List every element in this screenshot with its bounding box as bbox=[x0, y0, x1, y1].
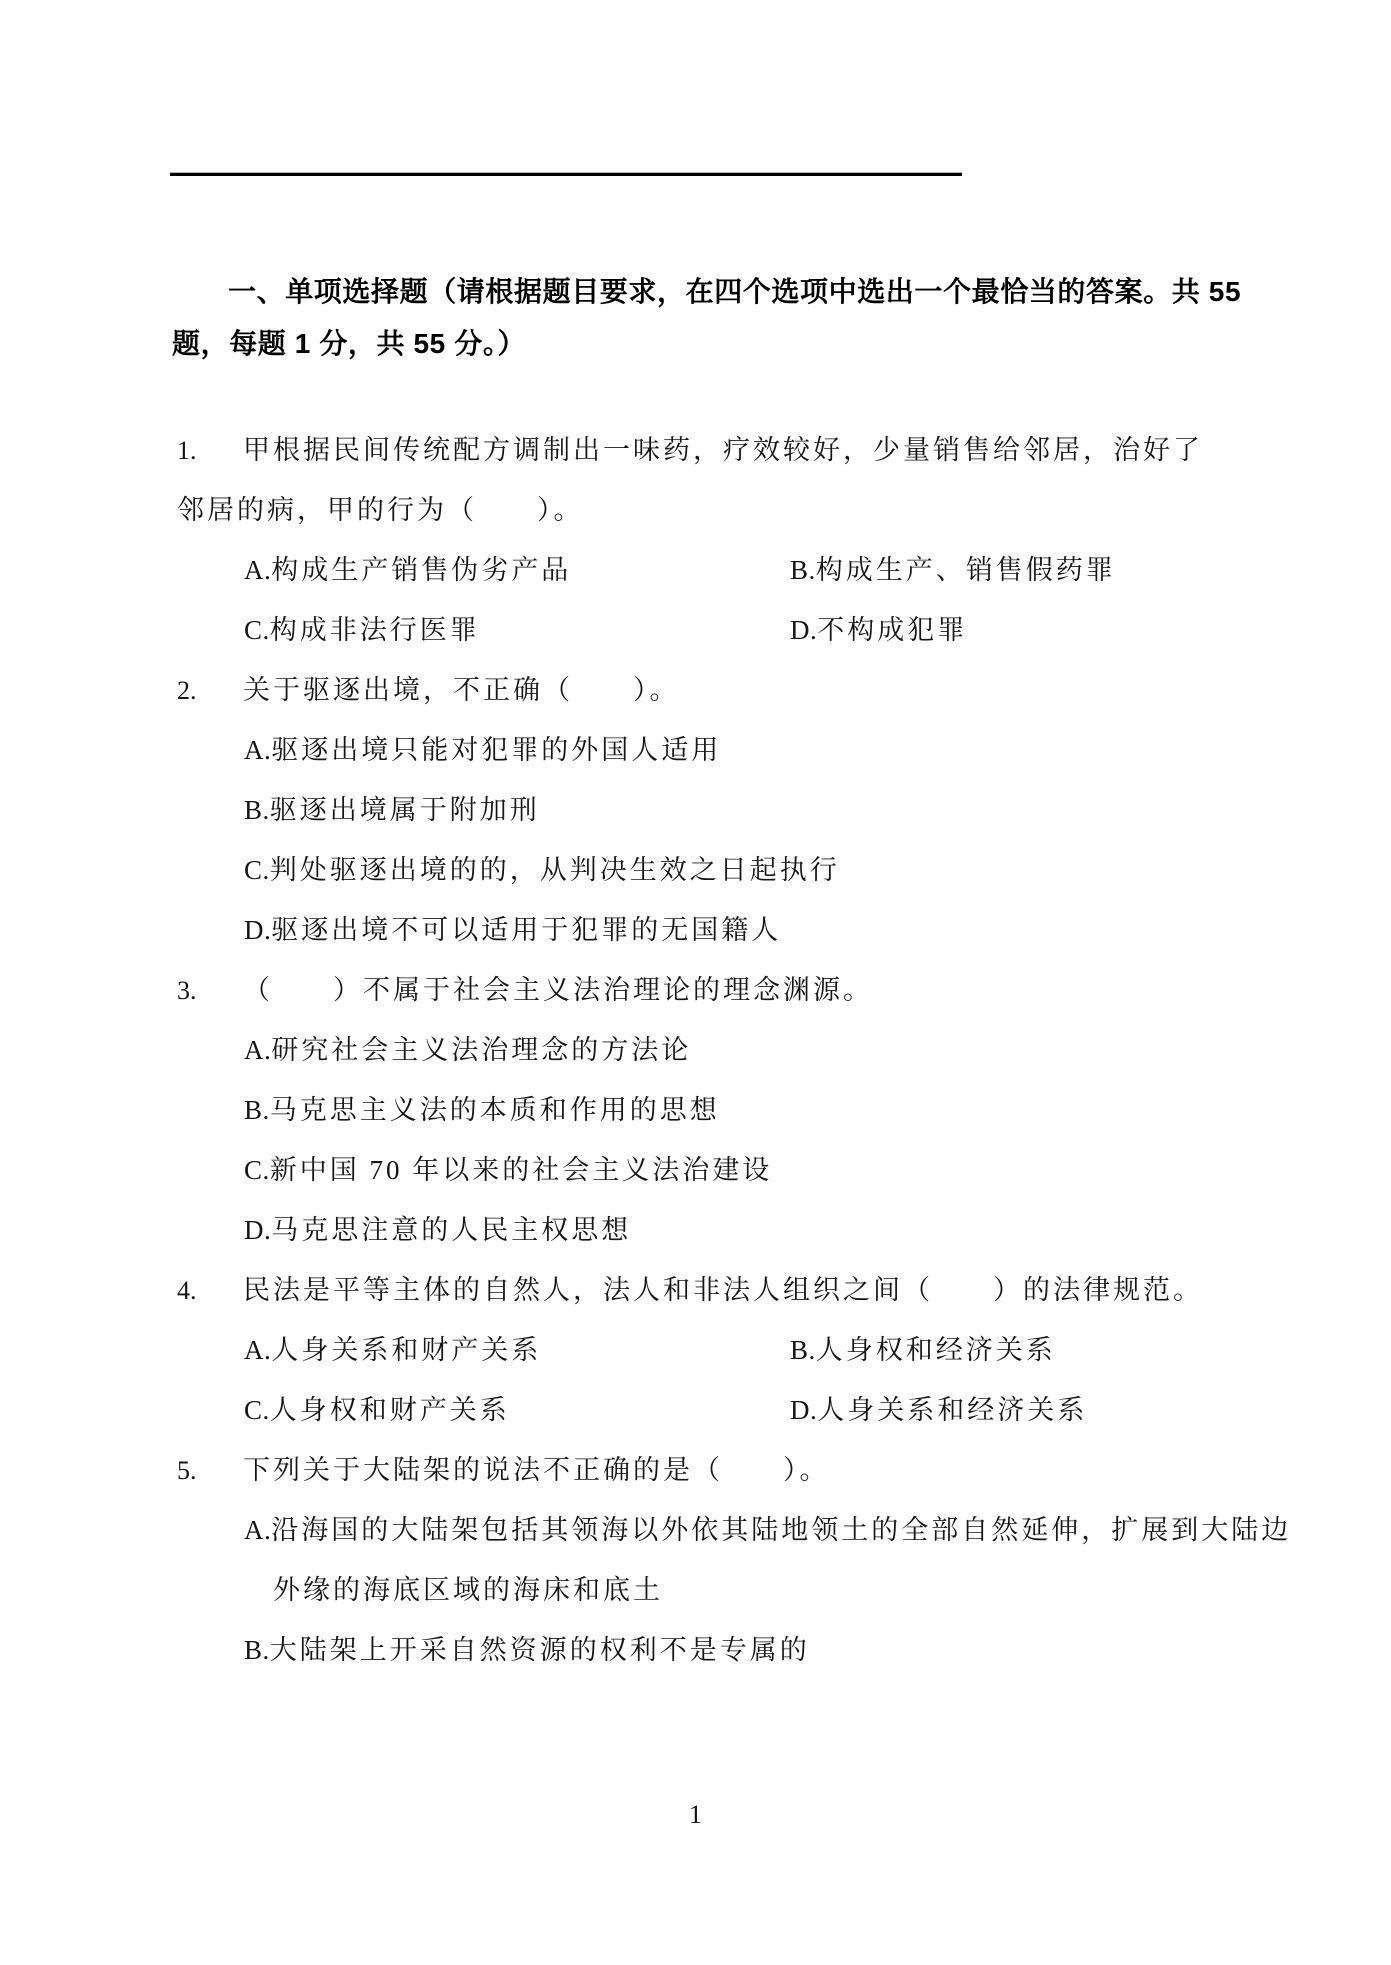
section-title-text-2: 题，每题 1 分，共 55 分。） bbox=[172, 328, 526, 359]
option-text: 驱逐出境只能对犯罪的外国人适用 bbox=[271, 735, 721, 765]
option-text: 沿海国的大陆架包括其领海以外依其陆地领土的全部自然延伸，扩展到大陆边 bbox=[271, 1515, 1291, 1545]
question-2-option-b: B.驱逐出境属于附加刑 bbox=[244, 790, 540, 830]
option-label: A. bbox=[244, 735, 271, 765]
header-rule bbox=[170, 172, 962, 176]
option-text: 外缘的海底区域的海床和底土 bbox=[273, 1575, 663, 1605]
question-1-stem-line-2: 邻居的病，甲的行为（ ）。 bbox=[177, 490, 584, 530]
question-4-number: 4. bbox=[177, 1271, 243, 1311]
question-5-number: 5. bbox=[177, 1451, 243, 1491]
question-3-stem-text-1: （ ）不属于社会主义法治理论的理念渊源。 bbox=[243, 975, 873, 1005]
document-page: 一、单项选择题（请根据题目要求，在四个选项中选出一个最恰当的答案。共 55 题，… bbox=[0, 0, 1391, 1965]
page-number-text: 1 bbox=[689, 1800, 702, 1829]
question-1-number: 1. bbox=[177, 431, 243, 471]
option-text: 驱逐出境不可以适用于犯罪的无国籍人 bbox=[271, 915, 781, 945]
question-5-option-a-line-1: A.沿海国的大陆架包括其领海以外依其陆地领土的全部自然延伸，扩展到大陆边 bbox=[244, 1510, 1291, 1550]
option-text: 不构成犯罪 bbox=[817, 615, 967, 645]
question-3-option-a: A.研究社会主义法治理念的方法论 bbox=[244, 1030, 691, 1070]
question-3-option-c: C.新中国 70 年以来的社会主义法治建设 bbox=[244, 1150, 772, 1190]
question-4-option-b: B.人身权和经济关系 bbox=[790, 1330, 1056, 1370]
question-2-number: 2. bbox=[177, 671, 243, 711]
option-text: 判处驱逐出境的的，从判决生效之日起执行 bbox=[270, 855, 840, 885]
option-label: D. bbox=[244, 915, 271, 945]
option-label: A. bbox=[244, 1035, 271, 1065]
option-label: A. bbox=[244, 1335, 271, 1365]
option-label: B. bbox=[244, 795, 270, 825]
option-text: 驱逐出境属于附加刑 bbox=[270, 795, 540, 825]
option-label: B. bbox=[244, 1095, 270, 1125]
option-label: D. bbox=[244, 1215, 271, 1245]
option-label: C. bbox=[244, 615, 270, 645]
question-3-option-b: B.马克思主义法的本质和作用的思想 bbox=[244, 1090, 720, 1130]
option-text: 新中国 70 年以来的社会主义法治建设 bbox=[270, 1155, 773, 1185]
option-label: C. bbox=[244, 1395, 270, 1425]
question-5-option-b: B.大陆架上开采自然资源的权利不是专属的 bbox=[244, 1630, 810, 1670]
question-2-stem-text-1: 关于驱逐出境，不正确（ ）。 bbox=[243, 675, 680, 705]
option-text: 人身权和经济关系 bbox=[816, 1335, 1056, 1365]
option-label: D. bbox=[790, 1395, 817, 1425]
header-rule-black-line bbox=[170, 173, 962, 176]
option-text: 研究社会主义法治理念的方法论 bbox=[271, 1035, 691, 1065]
option-text: 构成生产销售伪劣产品 bbox=[271, 555, 571, 585]
question-3-number: 3. bbox=[177, 971, 243, 1011]
page-number: 1 bbox=[0, 1800, 1391, 1830]
option-label: A. bbox=[244, 555, 271, 585]
question-1-stem-text-2: 邻居的病，甲的行为（ ）。 bbox=[177, 495, 584, 525]
question-4-option-d: D.人身关系和经济关系 bbox=[790, 1390, 1087, 1430]
question-2-stem-line-1: 2.关于驱逐出境，不正确（ ）。 bbox=[177, 670, 680, 710]
option-label: C. bbox=[244, 1155, 270, 1185]
option-label: B. bbox=[244, 1635, 270, 1665]
question-5-option-a-line-2: 外缘的海底区域的海床和底土 bbox=[273, 1570, 663, 1610]
option-label: B. bbox=[790, 555, 816, 585]
option-label: C. bbox=[244, 855, 270, 885]
question-2-option-c: C.判处驱逐出境的的，从判决生效之日起执行 bbox=[244, 850, 840, 890]
question-4-stem-line-1: 4.民法是平等主体的自然人，法人和非法人组织之间（ ）的法律规范。 bbox=[177, 1270, 1203, 1310]
question-4-option-c: C.人身权和财产关系 bbox=[244, 1390, 510, 1430]
option-label: A. bbox=[244, 1515, 271, 1545]
option-text: 人身权和财产关系 bbox=[270, 1395, 510, 1425]
option-text: 大陆架上开采自然资源的权利不是专属的 bbox=[270, 1635, 810, 1665]
option-text: 构成非法行医罪 bbox=[270, 615, 480, 645]
question-3-stem-line-1: 3.（ ）不属于社会主义法治理论的理念渊源。 bbox=[177, 970, 873, 1010]
question-1-stem-text-1: 甲根据民间传统配方调制出一味药，疗效较好，少量销售给邻居，治好了 bbox=[243, 435, 1203, 465]
option-text: 人身关系和财产关系 bbox=[271, 1335, 541, 1365]
question-4-option-a: A.人身关系和财产关系 bbox=[244, 1330, 541, 1370]
question-3-option-d: D.马克思注意的人民主权思想 bbox=[244, 1210, 631, 1250]
question-2-option-d: D.驱逐出境不可以适用于犯罪的无国籍人 bbox=[244, 910, 781, 950]
question-1-stem-line-1: 1.甲根据民间传统配方调制出一味药，疗效较好，少量销售给邻居，治好了 bbox=[177, 430, 1203, 470]
option-text: 马克思主义法的本质和作用的思想 bbox=[270, 1095, 720, 1125]
question-5-stem-text-1: 下列关于大陆架的说法不正确的是（ ）。 bbox=[243, 1455, 830, 1485]
section-title-line-2: 题，每题 1 分，共 55 分。） bbox=[172, 323, 526, 365]
option-text: 马克思注意的人民主权思想 bbox=[271, 1215, 631, 1245]
section-title-line-1: 一、单项选择题（请根据题目要求，在四个选项中选出一个最恰当的答案。共 55 bbox=[228, 271, 1241, 313]
question-4-stem-text-1: 民法是平等主体的自然人，法人和非法人组织之间（ ）的法律规范。 bbox=[243, 1275, 1203, 1305]
question-1-option-b: B.构成生产、销售假药罪 bbox=[790, 550, 1116, 590]
option-text: 构成生产、销售假药罪 bbox=[816, 555, 1116, 585]
option-text: 人身关系和经济关系 bbox=[817, 1395, 1087, 1425]
question-5-stem-line-1: 5.下列关于大陆架的说法不正确的是（ ）。 bbox=[177, 1450, 830, 1490]
option-label: D. bbox=[790, 615, 817, 645]
question-2-option-a: A.驱逐出境只能对犯罪的外国人适用 bbox=[244, 730, 721, 770]
question-1-option-a: A.构成生产销售伪劣产品 bbox=[244, 550, 571, 590]
option-label: B. bbox=[790, 1335, 816, 1365]
question-1-option-c: C.构成非法行医罪 bbox=[244, 610, 480, 650]
question-1-option-d: D.不构成犯罪 bbox=[790, 610, 967, 650]
section-title-text-1: 一、单项选择题（请根据题目要求，在四个选项中选出一个最恰当的答案。共 55 bbox=[228, 276, 1241, 307]
